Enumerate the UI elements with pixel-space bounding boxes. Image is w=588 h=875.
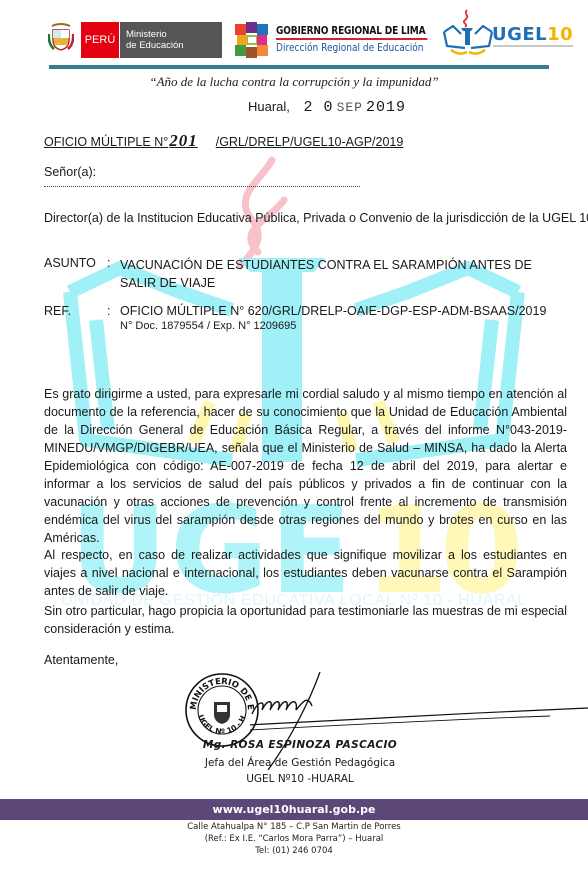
recipient-dotted-line: [44, 186, 360, 187]
signatory-role: Jefa del Área de Gestión Pedagógica: [200, 757, 400, 769]
footer-address-line2: (Ref.: Ex I.E. “Carlos Mora Parra”) – Hu…: [0, 834, 588, 844]
body-paragraph-3: Sin otro particular, hago propicia la op…: [44, 602, 567, 638]
ref-separator: :: [107, 304, 110, 318]
oficio-prefix: OFICIO MÚLTIPLE N°: [44, 135, 168, 149]
ugel-brand-prefix: UGEL: [492, 24, 547, 45]
minedu-brand-box: Ministerio de Educación: [120, 22, 222, 58]
ref-value: OFICIO MÚLTIPLE N° 620/GRL/DRELP-OAIE-DG…: [120, 304, 546, 318]
oficio-suffix: /GRL/DRELP/UGEL10-AGP/2019: [216, 135, 404, 149]
date-day: 2 0: [304, 99, 334, 116]
ugel-brand-number: 10: [547, 24, 573, 45]
ugel-brand-subline: [493, 45, 573, 47]
ugel-brand-text: UGEL10: [492, 24, 573, 45]
peru-coat-of-arms-icon: [48, 22, 74, 52]
date-month: SEP: [337, 100, 363, 115]
oficio-number: OFICIO MÚLTIPLE N°201/GRL/DRELP/UGEL10-A…: [44, 131, 403, 151]
signatory-name: Mg. ROSA ESPINOZA PASCACIO: [200, 739, 400, 751]
gore-subtitle: Dirección Regional de Educación: [276, 42, 414, 54]
oficio-handwritten-number: 201: [169, 131, 198, 150]
body-paragraph-1: Es grato dirigirme a usted, para expresa…: [44, 385, 567, 547]
date-year: 2019: [366, 99, 406, 116]
date-place: Huaral,: [248, 99, 290, 114]
salutation: Señor(a):: [44, 165, 96, 179]
footer-website-link[interactable]: www.ugel10huaral.gob.pe: [213, 803, 376, 816]
asunto-label: ASUNTO: [44, 256, 96, 270]
closing: Atentamente,: [44, 653, 118, 667]
gobierno-regional-logo-icon: [235, 22, 269, 58]
official-seal-icon: MINISTERIO DE EDUCACIÓN UGEL Nº 10 - HUA…: [184, 672, 260, 748]
ref-label: REF.: [44, 304, 71, 318]
footer-website-band: www.ugel10huaral.gob.pe: [0, 799, 588, 820]
ugel-book-torch-logo-icon: [441, 8, 495, 58]
ministerio-line1: Ministerio: [126, 29, 184, 40]
gobierno-regional-text: GOBIERNO REGIONAL DE LIMA Dirección Regi…: [276, 25, 436, 54]
signatory-org: UGEL Nº10 -HUARAL: [200, 773, 400, 785]
date-stamp: 2 0SEP2019: [304, 99, 406, 116]
date-line: Huaral, 2 0SEP2019: [248, 99, 406, 116]
asunto-value: VACUNACIÓN DE ESTUDIANTES CONTRA EL SARA…: [120, 256, 560, 292]
asunto-separator: :: [107, 256, 110, 270]
body-paragraph-2: Al respecto, en caso de realizar activid…: [44, 546, 567, 600]
ministerio-line2: de Educación: [126, 40, 184, 51]
footer-address-line1: Calle Atahualpa N° 185 – C.P San Martin …: [0, 822, 588, 832]
handwritten-signature-icon: [250, 670, 588, 770]
peru-brand-box: PERÚ: [81, 22, 119, 58]
year-motto: “Año de la lucha contra la corrupción y …: [0, 74, 588, 90]
gore-title: GOBIERNO REGIONAL DE LIMA: [276, 25, 427, 40]
footer-phone: Tel: (01) 246 0704: [0, 846, 588, 856]
header-divider: [49, 65, 549, 69]
addressee: Director(a) de la Institucion Educativa …: [44, 211, 588, 225]
ref-detail: N° Doc. 1879554 / Exp. N° 1209695: [120, 320, 296, 332]
peru-label: PERÚ: [85, 34, 116, 46]
